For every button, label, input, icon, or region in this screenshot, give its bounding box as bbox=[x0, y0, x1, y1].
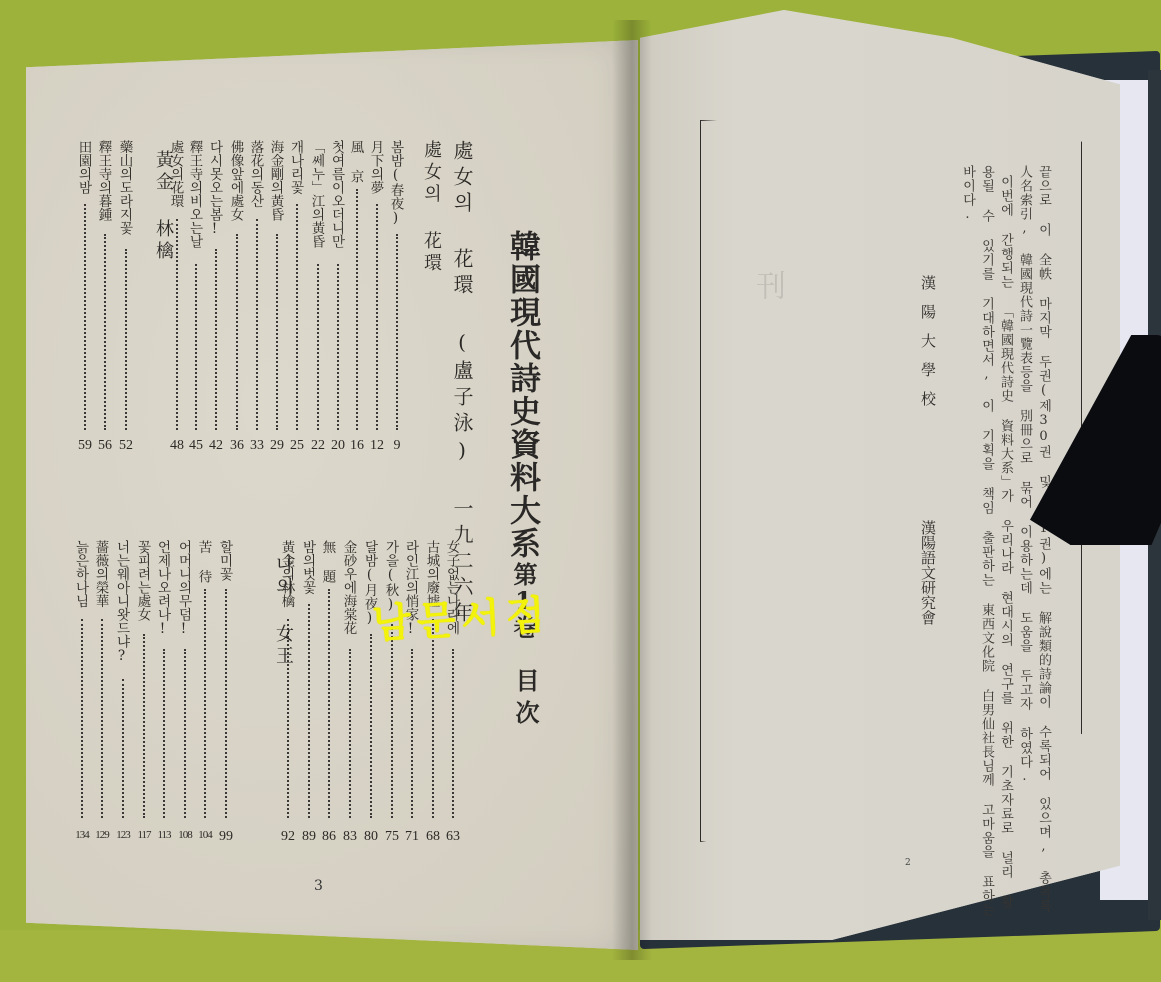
section-header: 나의 女王 bbox=[270, 555, 296, 668]
toc-page-number: 129 bbox=[95, 829, 109, 841]
toc-page-number: 63 bbox=[446, 829, 460, 845]
dot-leader bbox=[143, 634, 145, 818]
toc-page-number: 92 bbox=[281, 829, 295, 845]
toc-entry-title: 藥山의도라지꽃 bbox=[117, 140, 133, 235]
dot-leader bbox=[370, 634, 372, 818]
section-header: 處女의 花環 bbox=[418, 140, 444, 275]
toc-entry-title: 어머니의무덤! bbox=[176, 540, 192, 637]
toc-entry-title: 苦 待 bbox=[196, 540, 212, 583]
toc-entry: 밤의벗꽃 bbox=[300, 540, 314, 594]
toc-entry: 海金剛의黃昏 bbox=[268, 140, 282, 221]
toc-page-number: 71 bbox=[405, 829, 419, 845]
toc-entry: 金砂우에海棠花 bbox=[341, 540, 355, 635]
toc-entry-title: 할미꽃 bbox=[217, 540, 233, 581]
toc-entry: 月下의夢 bbox=[368, 140, 382, 194]
dot-leader bbox=[225, 589, 227, 818]
book-spine-shadow bbox=[612, 20, 652, 960]
dot-leader bbox=[432, 619, 434, 818]
toc-entry-title: 釋王寺의暮鍾 bbox=[96, 140, 112, 221]
toc-entry: 개나리꽃 bbox=[288, 140, 302, 194]
dot-leader bbox=[337, 264, 339, 430]
toc-page-number: 83 bbox=[343, 829, 357, 845]
note-line: 바이다. bbox=[958, 165, 977, 223]
toc-entry-title: 늙은하나님 bbox=[73, 540, 89, 608]
toc-page-number: 86 bbox=[322, 829, 336, 845]
toc-entry: 너는웨아니왓드냐? bbox=[114, 540, 128, 664]
toc-page-number: 20 bbox=[331, 438, 345, 454]
toc-page-number: 52 bbox=[119, 438, 133, 454]
org-university: 漢陽大學校 bbox=[918, 275, 939, 420]
toc-entry-title: 다시못오는봄! bbox=[207, 140, 223, 237]
toc-page-number: 16 bbox=[350, 438, 364, 454]
dot-leader bbox=[396, 234, 398, 430]
section-header: 黃金 林檎 bbox=[150, 150, 176, 263]
toc-entry-title: 개나리꽃 bbox=[288, 140, 304, 194]
toc-entry: 할미꽃 bbox=[217, 540, 231, 581]
dot-leader bbox=[276, 234, 278, 430]
toc-entry-title: 꽃피려는處女 bbox=[135, 540, 151, 621]
toc-entry-title: 봄밤(春夜) bbox=[388, 140, 404, 226]
toc-page-number: 33 bbox=[250, 438, 264, 454]
toc-page-number: 25 bbox=[290, 438, 304, 454]
note-line: 人名索引, 韓國現代詩一覽表등을 別冊으로 묶어 이용하는데 도움을 두고자 하… bbox=[1015, 165, 1034, 785]
toc-page-number: 117 bbox=[137, 829, 150, 841]
toc-page-number: 12 bbox=[370, 438, 384, 454]
toc-entry: 언제나오려나! bbox=[155, 540, 169, 637]
toc-entry-title: 風 京 bbox=[348, 140, 364, 183]
toc-page-number: 80 bbox=[364, 829, 378, 845]
toc-entry-title: 田園의밤 bbox=[76, 140, 92, 194]
toc-entry: 첫여름이오더니만 bbox=[329, 140, 343, 248]
dot-leader bbox=[176, 219, 178, 430]
toc-entry-title: 「쎄누」江의黃昏 bbox=[309, 140, 325, 248]
toc-entry-title: 佛像앞에處女 bbox=[228, 140, 244, 221]
dot-leader bbox=[317, 264, 319, 430]
toc-entry: 藥山의도라지꽃 bbox=[117, 140, 131, 235]
toc-page-number: 59 bbox=[78, 438, 92, 454]
toc-entry: 佛像앞에處女 bbox=[228, 140, 242, 221]
org-society: 漢陽語文研究會 bbox=[918, 520, 939, 625]
toc-label: 目次 bbox=[508, 668, 543, 732]
dot-leader bbox=[125, 249, 127, 430]
note-line: 이번에 간행되는 「韓國現代詩史 資料大系」가 우리나라 현대시의 연구를 위한… bbox=[996, 175, 1015, 909]
toc-page-number: 56 bbox=[98, 438, 112, 454]
dot-leader bbox=[236, 234, 238, 430]
toc-entry: 田園의밤 bbox=[76, 140, 90, 194]
toc-entry-title: 薔薇의榮華 bbox=[93, 540, 109, 608]
toc-entry-title: 無 題 bbox=[320, 540, 336, 583]
book-title: 韓國現代詩史資料大系 bbox=[500, 230, 545, 560]
toc-page-number: 68 bbox=[426, 829, 440, 845]
folio: 2 bbox=[905, 858, 911, 868]
toc-entry-title: 落花의동산 bbox=[248, 140, 264, 208]
toc-entry: 어머니의무덤! bbox=[176, 540, 190, 637]
toc-entry-title: 金砂우에海棠花 bbox=[341, 540, 357, 635]
dot-leader bbox=[391, 619, 393, 818]
dot-leader bbox=[411, 649, 413, 818]
toc-entry: 꽃피려는處女 bbox=[135, 540, 149, 621]
toc-page-number: 99 bbox=[219, 829, 233, 845]
toc-entry: 苦 待 bbox=[196, 540, 210, 583]
toc-entry: 봄밤(春夜) bbox=[388, 140, 402, 226]
toc-page-number: 45 bbox=[189, 438, 203, 454]
toc-page-number: 36 bbox=[230, 438, 244, 454]
dot-leader bbox=[84, 204, 86, 430]
toc-entry: 늙은하나님 bbox=[73, 540, 87, 608]
dot-leader bbox=[101, 619, 103, 818]
toc-entry: 無 題 bbox=[320, 540, 334, 583]
dot-leader bbox=[308, 604, 310, 818]
dot-leader bbox=[163, 649, 165, 818]
note-line: 용될 수 있기를 기대하면서, 이 기획을 책임 출판하는 東西文化院 白男仙社… bbox=[977, 165, 996, 917]
dot-leader bbox=[122, 679, 124, 818]
toc-page-number: 108 bbox=[178, 829, 192, 841]
toc-entry-title: 밤의벗꽃 bbox=[300, 540, 316, 594]
toc-entry: 「쎄누」江의黃昏 bbox=[309, 140, 323, 248]
dot-leader bbox=[376, 204, 378, 430]
toc-entry: 釋王寺의비오는날 bbox=[187, 140, 201, 248]
dot-leader bbox=[296, 204, 298, 430]
toc-page-number: 123 bbox=[116, 829, 130, 841]
toc-page-number: 42 bbox=[209, 438, 223, 454]
toc-entry: 釋王寺의暮鍾 bbox=[96, 140, 110, 221]
dot-leader bbox=[349, 649, 351, 818]
toc-page-number: 29 bbox=[270, 438, 284, 454]
dot-leader bbox=[328, 589, 330, 818]
dot-leader bbox=[256, 219, 258, 430]
toc-page-number: 113 bbox=[157, 829, 170, 841]
watermark: 남문서점 bbox=[371, 583, 552, 649]
toc-entry: 다시못오는봄! bbox=[207, 140, 221, 237]
toc-entry-title: 月下의夢 bbox=[368, 140, 384, 194]
dot-leader bbox=[184, 649, 186, 818]
toc-entry-title: 海金剛의黃昏 bbox=[268, 140, 284, 221]
toc-page-number: 134 bbox=[75, 829, 89, 841]
toc-entry-title: 언제나오려나! bbox=[155, 540, 171, 637]
toc-entry: 落花의동산 bbox=[248, 140, 262, 208]
toc-page-number: 48 bbox=[170, 438, 184, 454]
note-line: 끝으로 이 全帙 마지막 두권(제30권 및 31권)에는 解說類的詩論이 수록… bbox=[1034, 165, 1053, 913]
page-number: 3 bbox=[314, 878, 323, 894]
dot-leader bbox=[81, 619, 83, 818]
toc-entry: 薔薇의榮華 bbox=[93, 540, 107, 608]
dot-leader bbox=[356, 189, 358, 430]
toc-entry-title: 너는웨아니왓드냐? bbox=[114, 540, 130, 664]
dot-leader bbox=[104, 234, 106, 430]
toc-entry: 風 京 bbox=[348, 140, 362, 183]
toc-page-number: 9 bbox=[394, 438, 401, 454]
toc-page-number: 89 bbox=[302, 829, 316, 845]
dot-leader bbox=[204, 589, 206, 818]
dot-leader bbox=[215, 249, 217, 430]
toc-entry-title: 釋王寺의비오는날 bbox=[187, 140, 203, 248]
toc-page-number: 75 bbox=[385, 829, 399, 845]
show-through-text: 刊 bbox=[745, 270, 789, 300]
toc-entry-title: 첫여름이오더니만 bbox=[329, 140, 345, 248]
dot-leader bbox=[452, 649, 454, 818]
toc-page-number: 104 bbox=[198, 829, 212, 841]
toc-page-number: 22 bbox=[311, 438, 325, 454]
dot-leader bbox=[195, 264, 197, 430]
